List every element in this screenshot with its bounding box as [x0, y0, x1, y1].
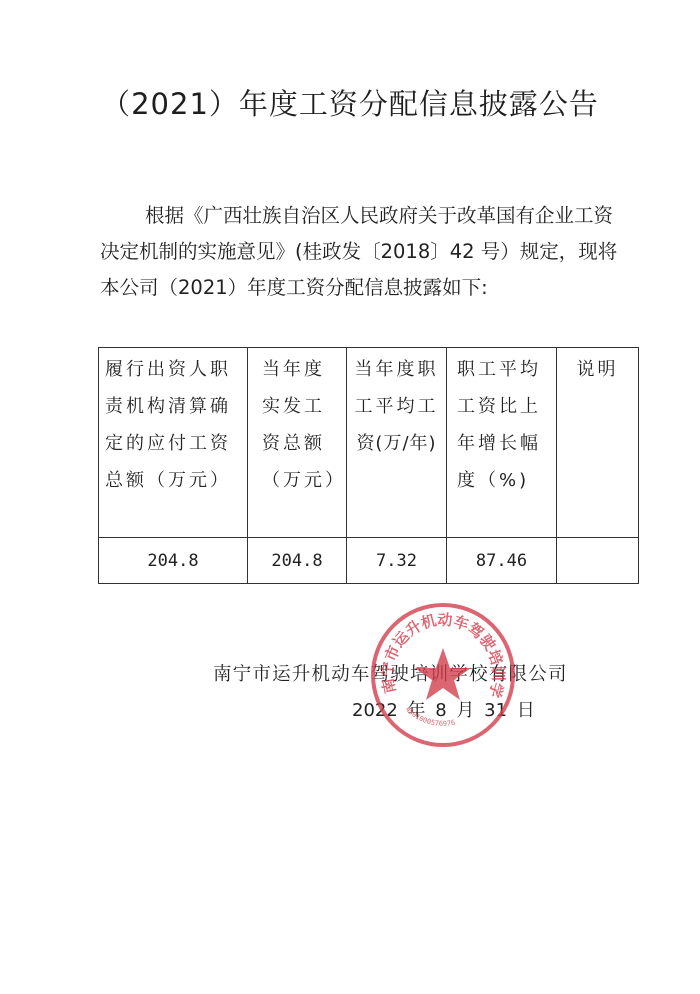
- company-name: 南宁市运升机动车驾驶培训学校有限公司: [213, 660, 568, 686]
- header-text: 履行出资人职: [105, 351, 247, 388]
- header-text: 当年度职: [347, 351, 446, 388]
- header-text: 资总额: [262, 425, 346, 462]
- header-text: 总额（万元）: [105, 462, 247, 499]
- header-text: 度（%): [457, 462, 556, 499]
- header-text: 责机构清算确: [105, 388, 247, 425]
- header-average-wage: 当年度职 工平均工 资(万/年): [347, 348, 447, 538]
- value-growth-rate: 87.46: [447, 538, 557, 584]
- intro-line-3: 本公司（2021）年度工资分配信息披露如下:: [100, 270, 620, 306]
- wage-disclosure-table: 履行出资人职 责机构清算确 定的应付工资 总额（万元） 当年度 实发工 资总额 …: [98, 347, 639, 584]
- header-text: （万元）: [262, 462, 346, 499]
- header-payable-total: 履行出资人职 责机构清算确 定的应付工资 总额（万元）: [99, 348, 248, 538]
- table-header-row: 履行出资人职 责机构清算确 定的应付工资 总额（万元） 当年度 实发工 资总额 …: [99, 348, 639, 538]
- document-title: （2021）年度工资分配信息披露公告: [0, 82, 700, 123]
- header-text: 说明: [557, 351, 638, 388]
- header-text: 实发工: [262, 388, 346, 425]
- header-text: 当年度: [262, 351, 346, 388]
- value-average-wage: 7.32: [347, 538, 447, 584]
- header-text: 定的应付工资: [105, 425, 247, 462]
- header-text: 职工平均: [457, 351, 556, 388]
- value-actual-total: 204.8: [248, 538, 347, 584]
- header-remarks: 说明: [557, 348, 639, 538]
- signature-date: 2022 年 8 月 31 日: [352, 696, 535, 722]
- intro-line-1: 根据《广西壮族自治区人民政府关于改革国有企业工资: [100, 198, 620, 234]
- value-remarks: [557, 538, 639, 584]
- intro-line-2: 决定机制的实施意见》(桂政发〔2018〕42 号）规定，现将: [100, 234, 620, 270]
- header-text: 工资比上: [457, 388, 556, 425]
- header-actual-total: 当年度 实发工 资总额 （万元）: [248, 348, 347, 538]
- header-growth-rate: 职工平均 工资比上 年增长幅 度（%): [447, 348, 557, 538]
- value-payable-total: 204.8: [99, 538, 248, 584]
- intro-paragraph: 根据《广西壮族自治区人民政府关于改革国有企业工资 决定机制的实施意见》(桂政发〔…: [100, 198, 620, 306]
- header-text: 工平均工: [347, 388, 446, 425]
- header-text: 年增长幅: [457, 425, 556, 462]
- header-text: 资(万/年): [347, 425, 446, 462]
- table-row: 204.8 204.8 7.32 87.46: [99, 538, 639, 584]
